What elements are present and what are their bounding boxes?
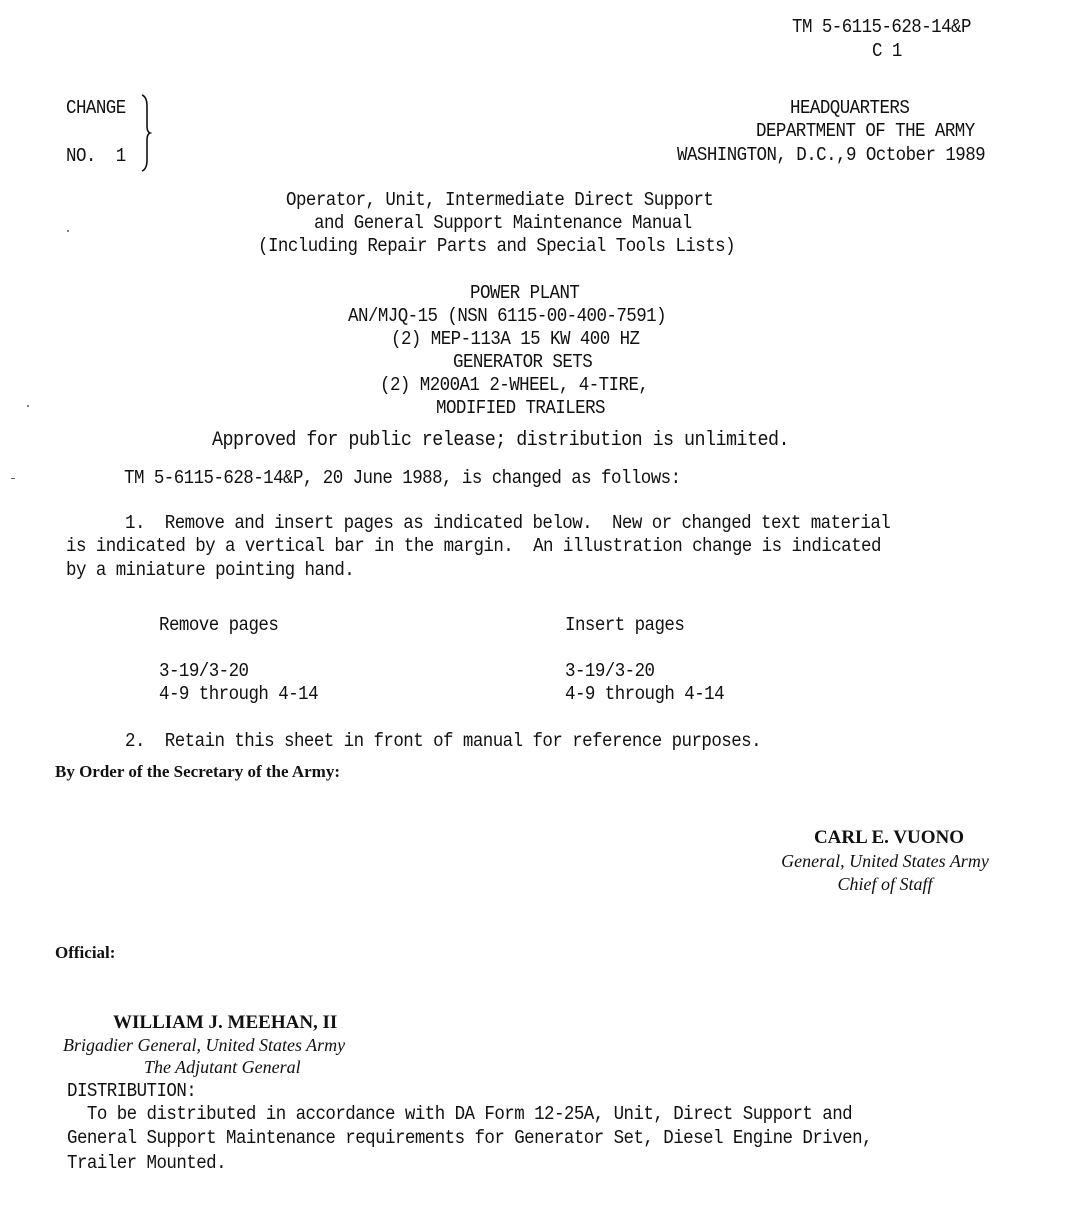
change-intro: TM 5-6115-628-14&P, 20 June 1988, is cha…	[124, 467, 681, 490]
tm-number: TM 5-6115-628-14&P	[792, 16, 971, 39]
change-number: NO. 1	[66, 145, 126, 168]
title-line-2: and General Support Maintenance Manual	[314, 212, 692, 235]
distribution-label: DISTRIBUTION:	[67, 1080, 196, 1103]
chief-signature-block: CARL E. VUONO General, United States Arm…	[735, 826, 1035, 896]
brace-icon	[140, 94, 152, 172]
chief-title-1: General, United States Army	[735, 850, 1035, 873]
distribution-line-2: General Support Maintenance requirements…	[67, 1127, 872, 1150]
distribution-line-1: To be distributed in accordance with DA …	[67, 1103, 852, 1126]
distribution-line-3: Trailer Mounted.	[67, 1152, 226, 1175]
table-cell: 3-19/3-20	[565, 660, 654, 683]
chief-name: CARL E. VUONO	[735, 826, 1035, 850]
hq-line-3: WASHINGTON, D.C.,9 October 1989	[677, 144, 985, 167]
equipment-line-4: GENERATOR SETS	[453, 351, 592, 374]
release-statement: Approved for public release; distributio…	[212, 429, 789, 452]
instruction-1-line-1: 1. Remove and insert pages as indicated …	[125, 512, 890, 535]
table-cell: 3-19/3-20	[159, 660, 248, 683]
change-label: CHANGE	[66, 97, 126, 120]
change-code: C 1	[872, 40, 902, 63]
table-cell: 4-9 through 4-14	[159, 683, 318, 706]
table-header-remove: Remove pages	[159, 614, 278, 637]
adjutant-name: WILLIAM J. MEEHAN, II	[113, 1012, 337, 1034]
equipment-line-6: MODIFIED TRAILERS	[436, 397, 605, 420]
chief-title-2: Chief of Staff	[735, 873, 1035, 896]
equipment-line-5: (2) M200A1 2-WHEEL, 4-TIRE,	[380, 374, 648, 397]
table-cell: 4-9 through 4-14	[565, 683, 724, 706]
equipment-line-3: (2) MEP-113A 15 KW 400 HZ	[391, 328, 639, 351]
adjutant-title-2: The Adjutant General	[144, 1057, 301, 1078]
scan-speck	[67, 230, 69, 232]
title-line-3: (Including Repair Parts and Special Tool…	[258, 235, 735, 258]
instruction-1-line-3: by a miniature pointing hand.	[66, 559, 354, 582]
equipment-line-2: AN/MJQ-15 (NSN 6115-00-400-7591)	[348, 305, 666, 328]
instruction-1-line-2: is indicated by a vertical bar in the ma…	[66, 535, 881, 558]
adjutant-title-1: Brigadier General, United States Army	[63, 1035, 345, 1056]
hq-line-1: HEADQUARTERS	[790, 97, 909, 120]
scan-speck	[27, 405, 29, 407]
instruction-2: 2. Retain this sheet in front of manual …	[125, 730, 761, 753]
scan-speck	[11, 478, 15, 479]
by-order-line: By Order of the Secretary of the Army:	[55, 762, 340, 782]
title-line-1: Operator, Unit, Intermediate Direct Supp…	[286, 189, 713, 212]
table-header-insert: Insert pages	[565, 614, 684, 637]
official-label: Official:	[55, 943, 115, 963]
hq-line-2: DEPARTMENT OF THE ARMY	[756, 120, 975, 143]
equipment-line-1: POWER PLANT	[470, 282, 579, 305]
